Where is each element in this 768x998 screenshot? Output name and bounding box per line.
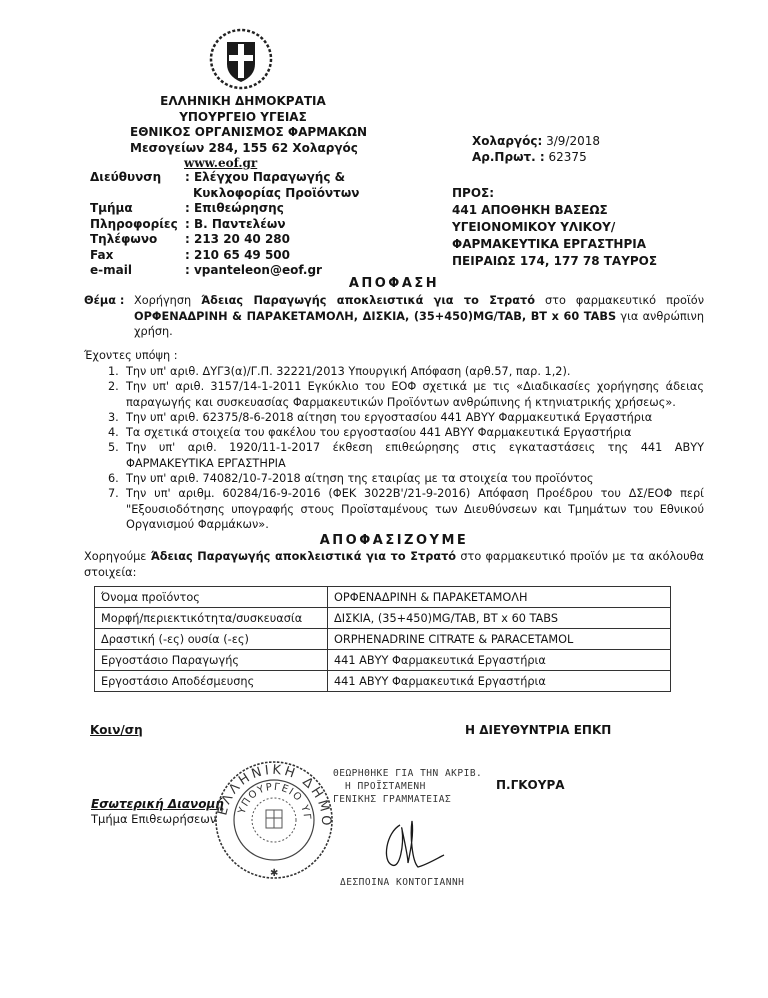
info-value-phone: : 213 20 40 280 bbox=[185, 232, 290, 248]
signer-name: Π.ΓΚΟΥΡΑ bbox=[496, 778, 565, 792]
table-cell-label: Εργοστάσιο Παραγωγής bbox=[95, 650, 328, 671]
consideration-item: 3.Την υπ' αριθ. 62375/8-6-2018 αίτηση το… bbox=[108, 410, 704, 425]
info-value-directorate-cont: Κυκλοφορίας Προϊόντων bbox=[193, 186, 359, 202]
letterhead-ministry: ΥΠΟΥΡΓΕΙΟ ΥΓΕΙΑΣ bbox=[130, 110, 356, 126]
considerations-list: 1.Την υπ' αριθ. ΔΥΓ3(α)/Γ.Π. 32221/2013 … bbox=[108, 364, 704, 532]
place-label: Χολαργός: bbox=[472, 134, 542, 148]
consideration-item: 4.Τα σχετικά στοιχεία του φακέλου του ερ… bbox=[108, 425, 704, 440]
authenticator-name: ΔΕΣΠΟΙΝΑ ΚΟΝΤΟΓΙΑΝΝΗ bbox=[340, 876, 464, 889]
consideration-item: 1.Την υπ' αριθ. ΔΥΓ3(α)/Γ.Π. 32221/2013 … bbox=[108, 364, 704, 379]
table-cell-value: ORPHENADRINE CITRATE & PARACETAMOL bbox=[328, 629, 671, 650]
internal-distribution-label: Εσωτερική Διανομή bbox=[91, 797, 224, 811]
table-cell-label: Μορφή/περιεκτικότητα/συσκευασία bbox=[95, 608, 328, 629]
greek-coat-of-arms-icon bbox=[205, 28, 277, 90]
info-value-contact: : Β. Παντελέων bbox=[185, 217, 286, 233]
table-row: Δραστική (-ες) ουσία (-ες) ORPHENADRINE … bbox=[95, 629, 671, 650]
recipient-line: ΥΓΕΙΟΝΟΜΙΚΟΥ ΥΛΙΚΟΥ/ bbox=[452, 219, 657, 236]
table-cell-value: 441 ΑΒΥΥ Φαρμακευτικά Εργαστήρια bbox=[328, 650, 671, 671]
letterhead-republic: ΕΛΛΗΝΙΚΗ ΔΗΜΟΚΡΑΤΙΑ bbox=[130, 94, 356, 110]
info-label-contact: Πληροφορίες bbox=[90, 217, 178, 233]
date-block: Χολαργός: 3/9/2018 Αρ.Πρωτ. : 62375 bbox=[472, 134, 600, 165]
subject-text: Χορήγηση Άδειας Παραγωγής αποκλειστικά γ… bbox=[134, 293, 704, 340]
table-cell-value: ΔΙΣΚΙΑ, (35+450)MG/TAB, BT x 60 TABS bbox=[328, 608, 671, 629]
subject-license-type: Άδειας Παραγωγής αποκλειστικά για το Στρ… bbox=[201, 294, 535, 307]
protocol-label: Αρ.Πρωτ. : bbox=[472, 150, 545, 164]
consideration-item: 2.Την υπ' αριθ. 3157/14-1-2011 Εγκύκλιο … bbox=[108, 379, 704, 410]
resolution-title: ΑΠΟΦΑΣΙΖΟΥΜΕ bbox=[0, 533, 768, 548]
table-row: Μορφή/περιεκτικότητα/συσκευασία ΔΙΣΚΙΑ, … bbox=[95, 608, 671, 629]
letterhead: ΕΛΛΗΝΙΚΗ ΔΗΜΟΚΡΑΤΙΑ ΥΠΟΥΡΓΕΙΟ ΥΓΕΙΑΣ ΕΘΝ… bbox=[130, 94, 356, 172]
resolution-text: Χορηγούμε Άδειας Παραγωγής αποκλειστικά … bbox=[84, 549, 704, 580]
cc-label: Κοιν/ση bbox=[90, 723, 143, 737]
letterhead-organization: ΕΘΝΙΚΟΣ ΟΡΓΑΝΙΣΜΟΣ ΦΑΡΜΑΚΩΝ bbox=[130, 125, 356, 141]
info-label-fax: Fax bbox=[90, 248, 113, 264]
info-value-department: : Επιθεώρησης bbox=[185, 201, 284, 217]
letterhead-address: Μεσογείων 284, 155 62 Χολαργός bbox=[130, 141, 356, 157]
recipient-to-label: ΠΡΟΣ: bbox=[452, 185, 657, 202]
table-cell-label: Όνομα προϊόντος bbox=[95, 587, 328, 608]
signature-icon bbox=[378, 815, 448, 875]
table-cell-label: Δραστική (-ες) ουσία (-ες) bbox=[95, 629, 328, 650]
internal-distribution-dept: Τμήμα Επιθεωρήσεων bbox=[91, 812, 216, 826]
info-label-directorate: Διεύθυνση bbox=[90, 170, 161, 186]
subject-block: Θέμα : Χορήγηση Άδειας Παραγωγής αποκλει… bbox=[84, 293, 704, 340]
table-cell-value: 441 ΑΒΥΥ Φαρμακευτικά Εργαστήρια bbox=[328, 671, 671, 692]
protocol-number: 62375 bbox=[549, 150, 587, 164]
resolution-license-type: Άδειας Παραγωγής αποκλειστικά για το Στρ… bbox=[151, 550, 456, 563]
sender-info: Διεύθυνση: Ελέγχου Παραγωγής & Κυκλοφορί… bbox=[90, 170, 390, 280]
official-seal-stamp: ΕΛΛΗΝΙΚΗ ΔΗΜΟΚΡΑΤΙΑ ΥΠΟΥΡΓΕΙΟ ΥΓΕΙΑΣ ✱ bbox=[212, 758, 336, 880]
info-label-department: Τμήμα bbox=[90, 201, 133, 217]
info-value-directorate: : Ελέγχου Παραγωγής & bbox=[185, 170, 345, 186]
subject-label: Θέμα : bbox=[84, 293, 124, 309]
consideration-item: 7.Την υπ' αριθμ. 60284/16-9-2016 (ΦΕΚ 30… bbox=[108, 486, 704, 532]
signer-title: Η ΔΙΕΥΘΥΝΤΡΙΑ ΕΠΚΠ bbox=[465, 723, 611, 737]
consideration-item: 5.Την υπ' αριθ. 1920/11-1-2017 έκθεση επ… bbox=[108, 440, 704, 471]
recipient-line: ΦΑΡΜΑΚΕΥΤΙΚΑ ΕΡΓΑΣΤΗΡΙΑ bbox=[452, 236, 657, 253]
document-date: 3/9/2018 bbox=[546, 134, 600, 148]
info-value-fax: : 210 65 49 500 bbox=[185, 248, 290, 264]
authentication-stamp: ΘΕΩΡΗΘΗΚΕ ΓΙΑ ΤΗΝ ΑΚΡΙΒ. Η ΠΡΟΪΣΤΑΜΕΝΗ Γ… bbox=[333, 767, 482, 806]
table-row: Όνομα προϊόντος ΟΡΦΕΝΑΔΡΙΝΗ & ΠΑΡΑΚΕΤΑΜΟ… bbox=[95, 587, 671, 608]
product-table: Όνομα προϊόντος ΟΡΦΕΝΑΔΡΙΝΗ & ΠΑΡΑΚΕΤΑΜΟ… bbox=[94, 586, 671, 692]
table-cell-value: ΟΡΦΕΝΑΔΡΙΝΗ & ΠΑΡΑΚΕΤΑΜΟΛΗ bbox=[328, 587, 671, 608]
consideration-item: 6.Την υπ' αριθ. 74082/10-7-2018 αίτηση τ… bbox=[108, 471, 704, 486]
considering-label: Έχοντες υπόψη : bbox=[84, 348, 178, 364]
website-link[interactable]: www.eof.gr bbox=[184, 156, 257, 170]
decision-title: ΑΠΟΦΑΣΗ bbox=[0, 276, 768, 291]
recipient-line: 441 ΑΠΟΘΗΚΗ ΒΑΣΕΩΣ bbox=[452, 202, 657, 219]
recipient-line: ΠΕΙΡΑΙΩΣ 174, 177 78 ΤΑΥΡΟΣ bbox=[452, 253, 657, 270]
table-row: Εργοστάσιο Παραγωγής 441 ΑΒΥΥ Φαρμακευτι… bbox=[95, 650, 671, 671]
table-row: Εργοστάσιο Αποδέσμευσης 441 ΑΒΥΥ Φαρμακε… bbox=[95, 671, 671, 692]
svg-text:✱: ✱ bbox=[270, 868, 278, 879]
table-cell-label: Εργοστάσιο Αποδέσμευσης bbox=[95, 671, 328, 692]
info-label-phone: Τηλέφωνο bbox=[90, 232, 157, 248]
subject-product: ΟΡΦΕΝΑΔΡΙΝΗ & ΠΑΡΑΚΕΤΑΜΟΛΗ, ΔΙΣΚΙΑ, (35+… bbox=[134, 310, 616, 323]
recipient-block: ΠΡΟΣ: 441 ΑΠΟΘΗΚΗ ΒΑΣΕΩΣ ΥΓΕΙΟΝΟΜΙΚΟΥ ΥΛ… bbox=[452, 185, 657, 270]
